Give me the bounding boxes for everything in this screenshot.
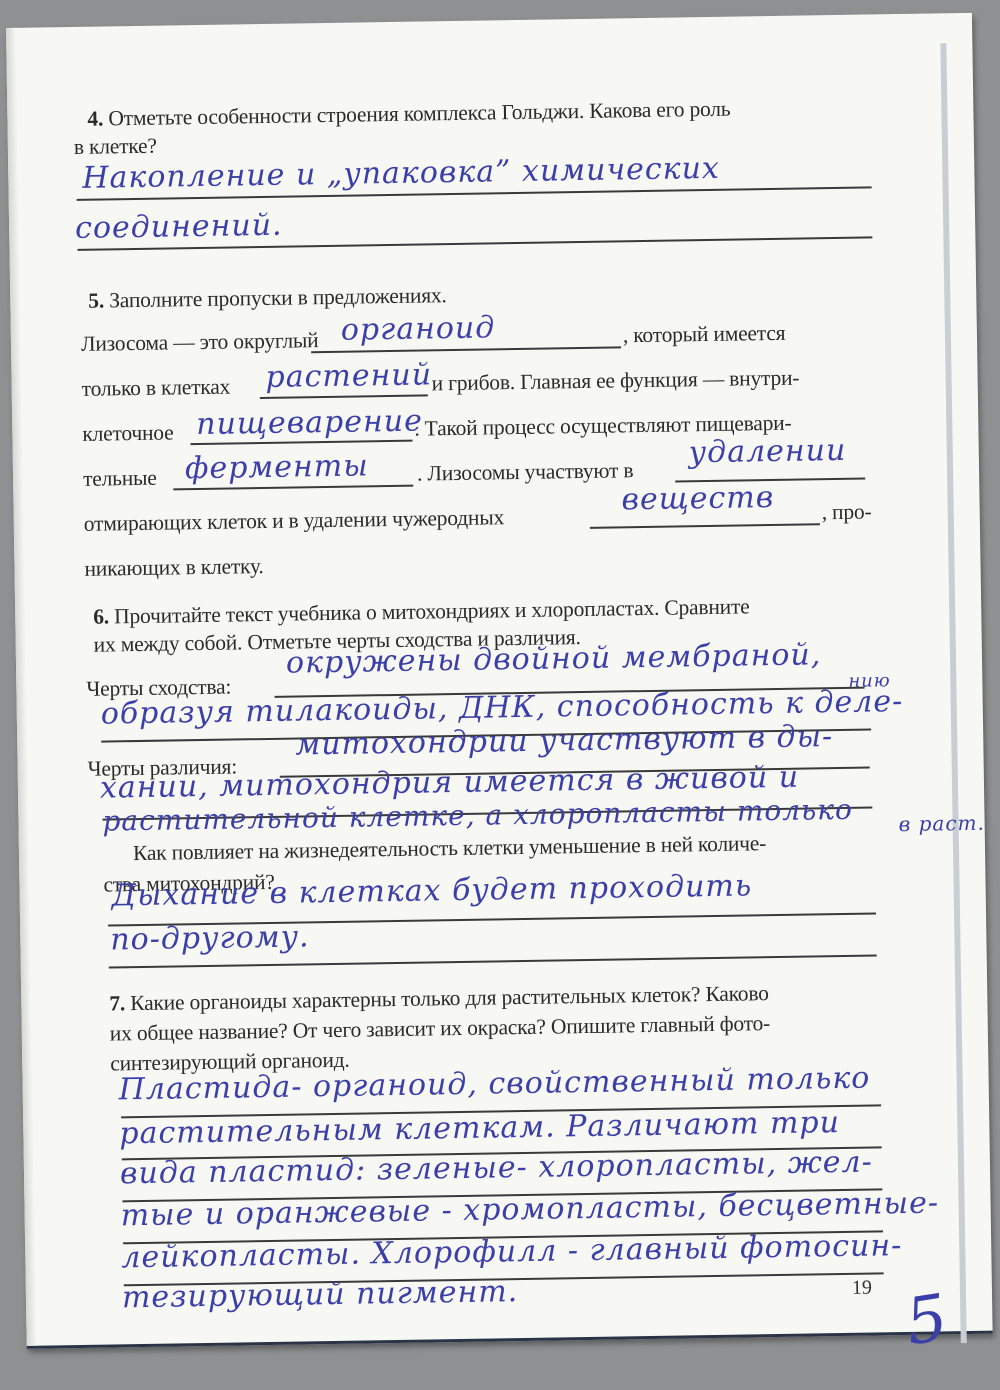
q6-diff-line1: митохондрии участвуют в ды- xyxy=(295,719,833,762)
q6-subquestion-line1: Как повлияет на жизнедеятельность клетки… xyxy=(133,831,767,866)
q7-text-line2: их общее название? От чего зависит их ок… xyxy=(110,1011,771,1046)
page-edge xyxy=(940,43,966,1343)
q5-sentence-2-end: и грибов. Главная ее функция — внутри- xyxy=(431,366,799,397)
q5-title: 5. Заполните пропуски в предложениях. xyxy=(88,283,447,314)
q7-answer-line6: тезирующий пигмент. xyxy=(122,1274,519,1315)
fill-blank xyxy=(590,523,820,528)
q7-number: 7. xyxy=(109,991,125,1015)
q5-number: 5. xyxy=(88,288,104,312)
fill-blank xyxy=(260,394,428,398)
grade-mark: 5 xyxy=(901,1281,953,1360)
q5-fill-1: органоид xyxy=(341,310,496,347)
q5-sentence-2: только в клетках xyxy=(81,375,230,402)
q5-sentence-5: отмирающих клеток и в удалении чужеродны… xyxy=(84,505,505,537)
q7-answer-line2: растительным клеткам. Различают три xyxy=(119,1105,840,1151)
q5-sentence-1: Лизосома — это округлый xyxy=(81,328,319,357)
q7-text-line1: 7. Какие органоиды характерны только для… xyxy=(109,981,769,1016)
q5-sentence-6: никающих в клетку. xyxy=(84,554,263,582)
q5-sentence-4: тельные xyxy=(83,466,157,492)
q5-fill-5: удалении xyxy=(688,433,846,470)
q4-text-line2: в клетке? xyxy=(74,134,157,160)
q7-prompt: Какие органоиды характерны только для ра… xyxy=(130,981,769,1015)
q5-sentence-5-end: , про- xyxy=(822,499,872,525)
page-number: 19 xyxy=(852,1277,872,1300)
q4-answer-line2: соединений. xyxy=(75,208,283,246)
q5-fill-6: веществ xyxy=(621,480,774,517)
q6-number: 6. xyxy=(93,604,109,628)
q4-number: 4. xyxy=(87,106,103,130)
q7-answer-line4: тые и оранжевые - хромопласты, бесцветны… xyxy=(120,1185,939,1233)
q5-sentence-4-mid: . Лизосомы участвуют в xyxy=(417,458,634,486)
q5-fill-4: ферменты xyxy=(185,448,369,486)
q5-prompt: Заполните пропуски в предложениях. xyxy=(109,283,447,312)
q7-answer-line5: лейкопласты. Хлорофилл - главный фотосин… xyxy=(121,1228,902,1275)
q6-diff-line3-cont: в раст. xyxy=(898,811,985,836)
q5-fill-2: растений xyxy=(265,357,432,395)
answer-rule xyxy=(109,954,877,968)
q5-fill-3: пищеварение xyxy=(196,404,423,443)
q4-prompt: Отметьте особенности строения комплекса … xyxy=(108,97,730,131)
q6-similar-line2-sup: нию xyxy=(848,670,891,692)
q6-text-line1: 6. Прочитайте текст учебника о митохондр… xyxy=(93,594,750,629)
q6-similar-line1: окружены двойной мембраной, xyxy=(286,637,822,680)
q4-text-line1: 4. Отметьте особенности строения комплек… xyxy=(87,97,730,132)
q6-subanswer-line2: по-другому. xyxy=(110,919,310,957)
q6-prompt: Прочитайте текст учебника о митохондриях… xyxy=(114,594,750,628)
q5-sentence-1-end: , который имеется xyxy=(623,321,786,349)
q5-sentence-3: клеточное xyxy=(82,420,173,446)
workbook-page: 4. Отметьте особенности строения комплек… xyxy=(6,13,993,1349)
q7-answer-line3: вида пластид: зеленые- хлоропласты, жел- xyxy=(120,1145,873,1192)
q4-answer-line1: Накопление и „упаковка” химических xyxy=(82,151,720,196)
